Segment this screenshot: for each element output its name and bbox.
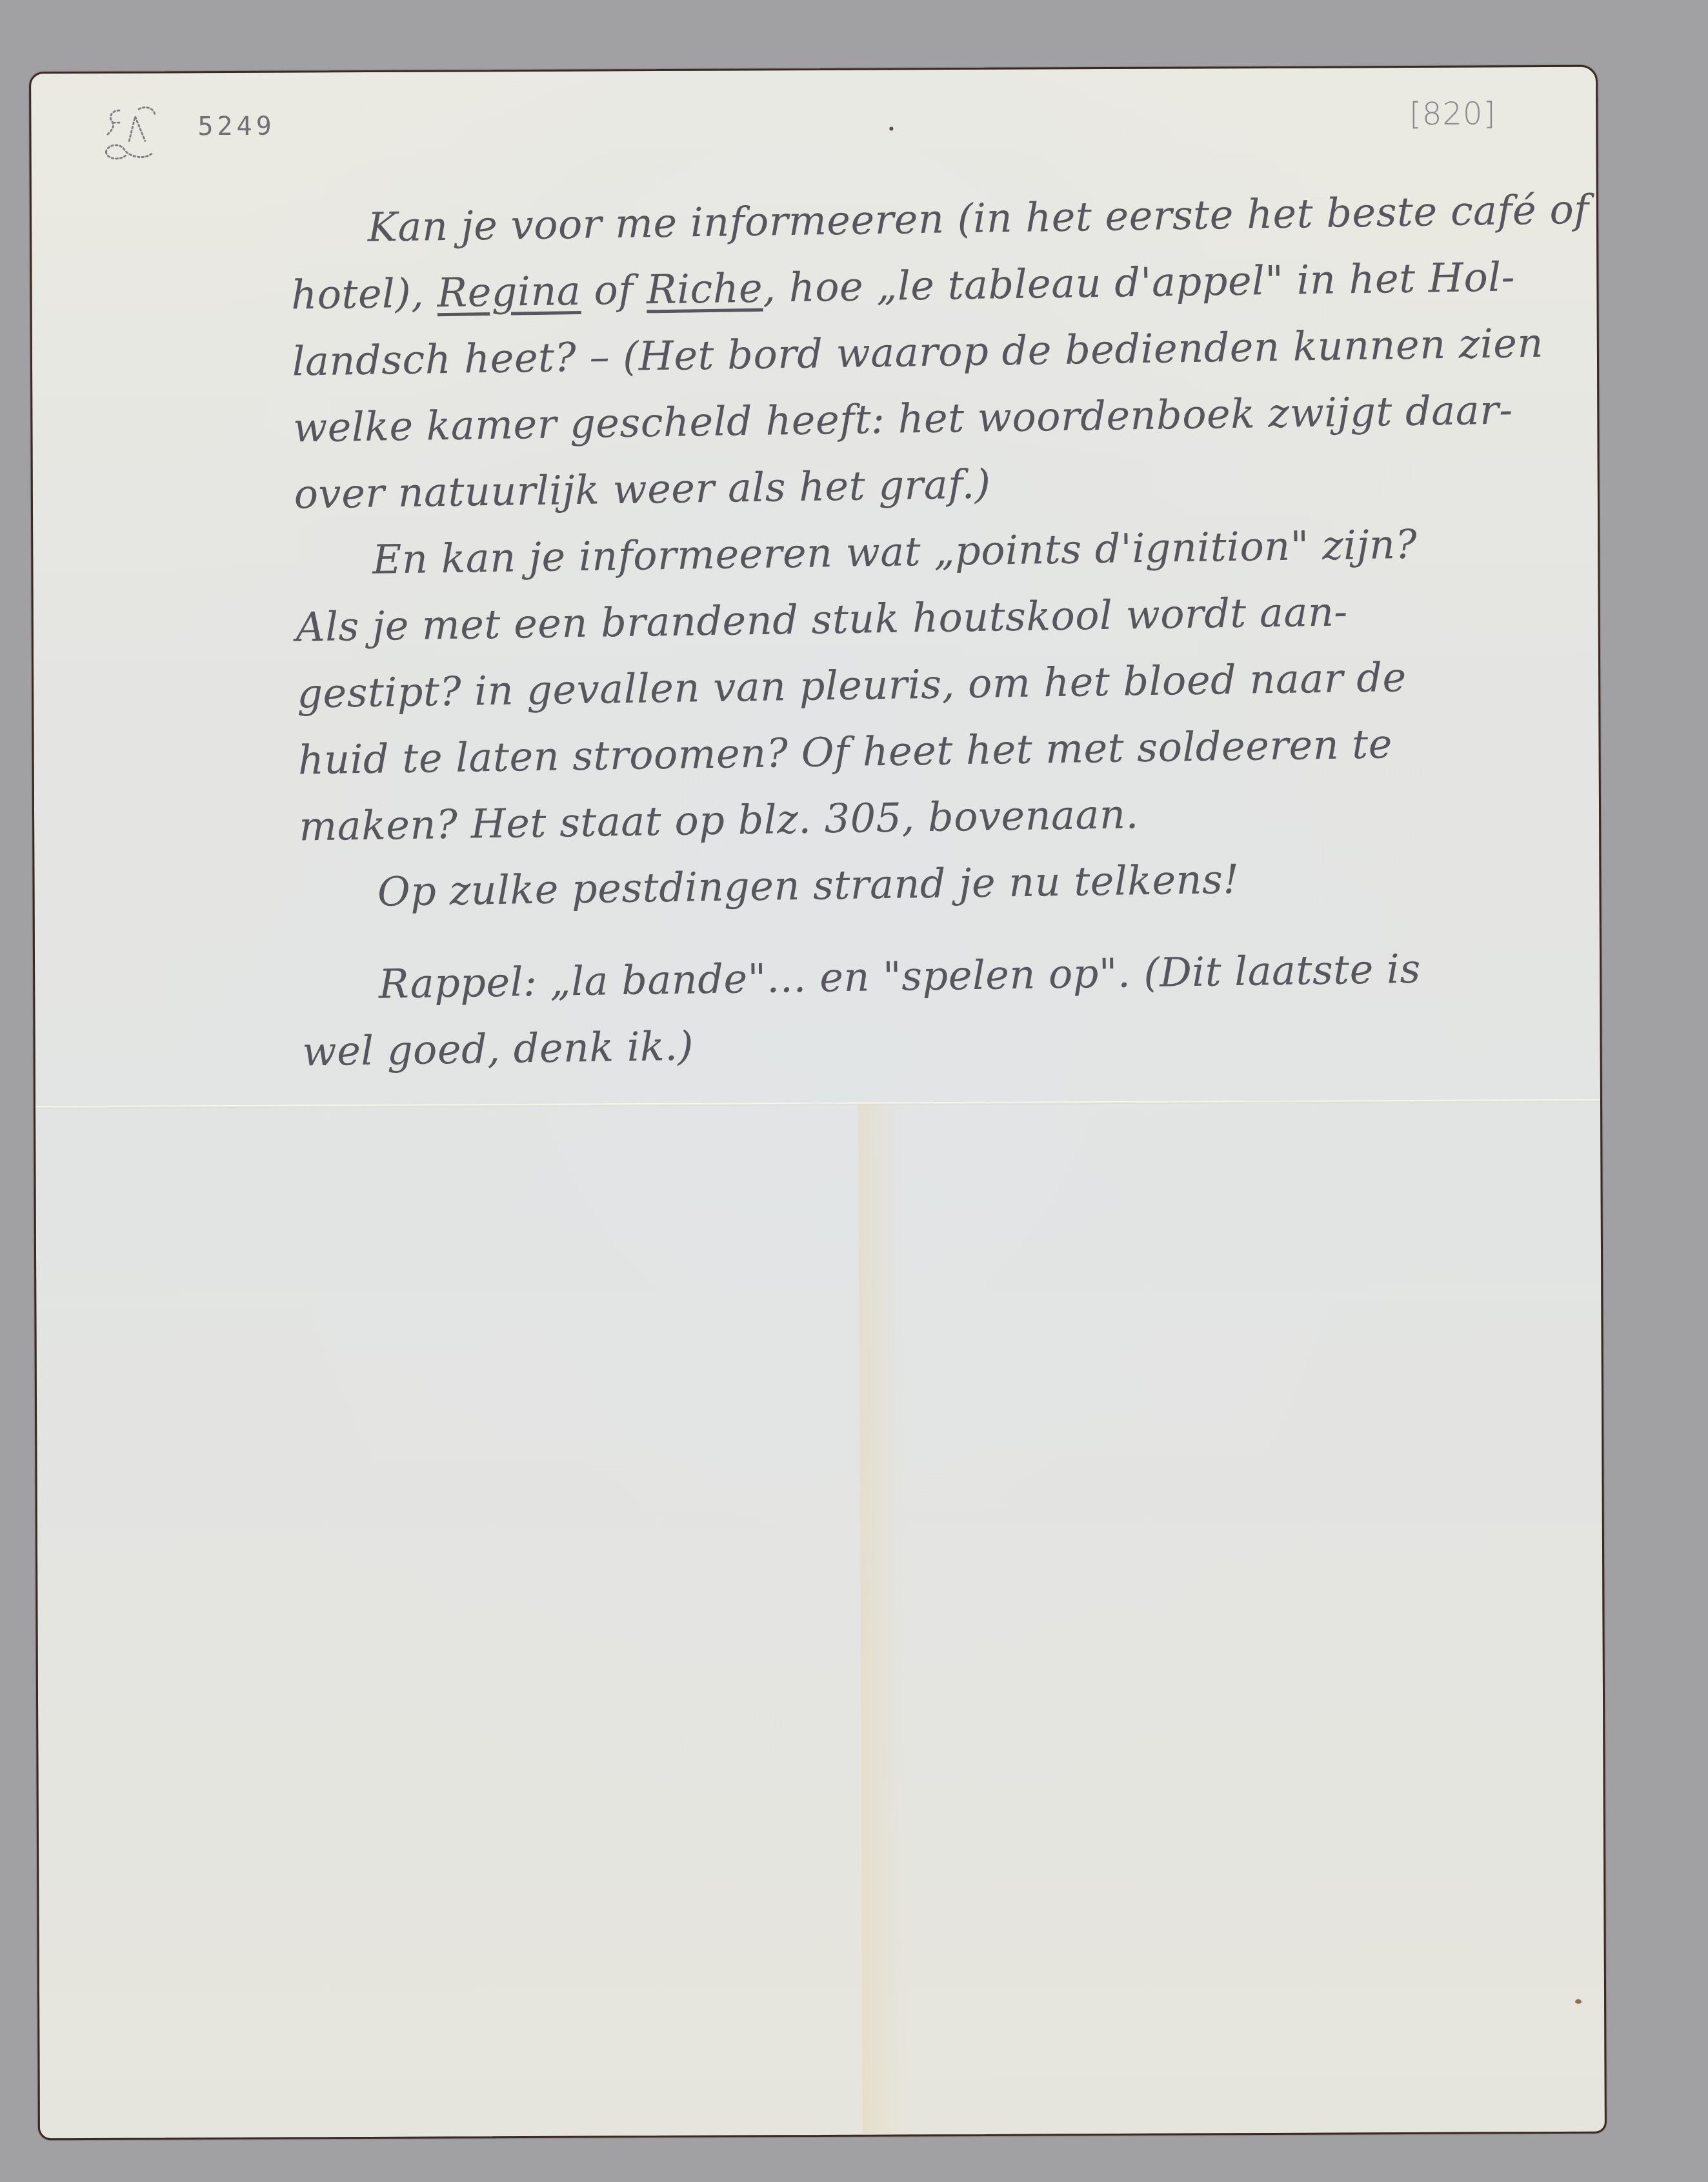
paper-stain-vertical — [858, 1104, 908, 2134]
archive-number: 5249 — [197, 112, 276, 142]
paper-fold-horizontal — [35, 1099, 1600, 1109]
paper-speck — [1575, 1999, 1582, 2004]
letter-sheet: 5249 [820] Kan je voor me informeeren (i… — [29, 65, 1607, 2141]
letter-body: Kan je voor me informeeren (in het eerst… — [290, 176, 1593, 1085]
paragraph: Kan je voor me informeeren (in het eerst… — [290, 176, 1585, 528]
paper-speck — [889, 126, 893, 130]
paragraph: En kan je informeeren wat „points d'igni… — [294, 508, 1589, 860]
monogram-stamp-icon — [101, 104, 162, 162]
underlined-name-regina: Regina — [437, 267, 581, 316]
underlined-name-riche: Riche — [646, 265, 763, 314]
folio-number: [820] — [1409, 95, 1496, 132]
paragraph: Rappel: „la bande"… en "spelen op". (Dit… — [301, 933, 1593, 1085]
